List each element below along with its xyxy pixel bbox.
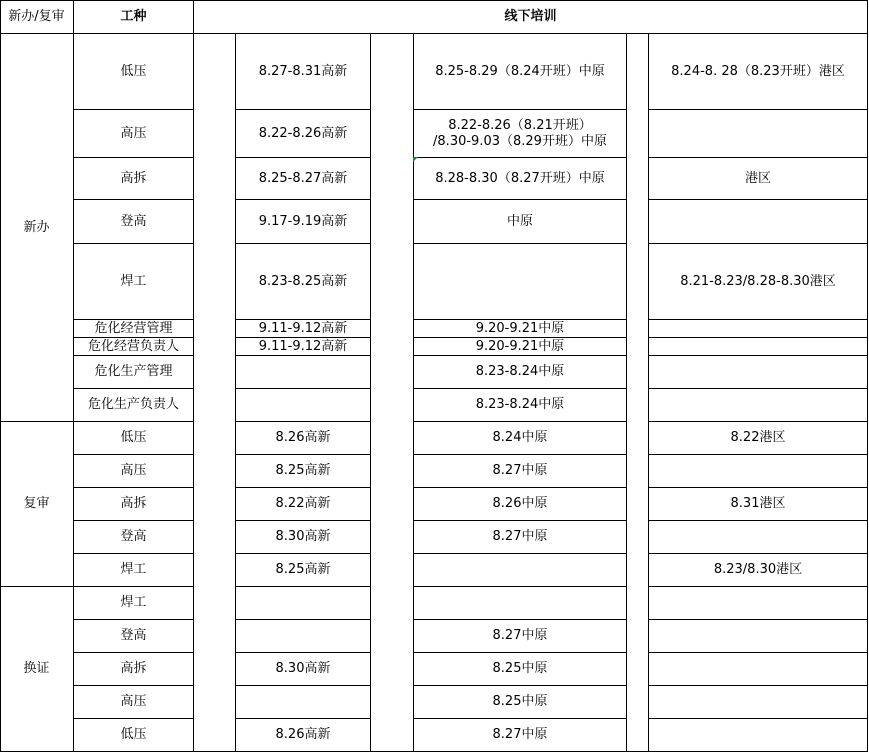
type-cell[interactable]: 低压 (74, 34, 194, 110)
zhongyuan-cell[interactable]: 中原 (414, 200, 627, 244)
gangqu-cell[interactable]: 8.31港区 (649, 488, 868, 521)
header-category[interactable]: 新办/复审 (0, 0, 74, 34)
zhongyuan-cell[interactable]: 8.27中原 (414, 620, 627, 653)
type-cell[interactable]: 登高 (74, 620, 194, 653)
gaoxin-cell[interactable]: 8.25高新 (236, 455, 371, 488)
zhongyuan-cell[interactable] (414, 244, 627, 320)
zhongyuan-cell[interactable]: 9.20-9.21中原 (414, 338, 627, 356)
section-label-renew[interactable]: 换证 (0, 587, 74, 752)
zhongyuan-cell[interactable]: 8.26中原 (414, 488, 627, 521)
gaoxin-cell[interactable]: 8.25高新 (236, 554, 371, 587)
zhongyuan-cell[interactable]: 8.24中原 (414, 422, 627, 455)
gangqu-cell[interactable] (649, 587, 868, 620)
gangqu-cell[interactable] (649, 653, 868, 686)
section-label-review[interactable]: 复审 (0, 422, 74, 587)
type-cell[interactable]: 危化生产负责人 (74, 389, 194, 422)
zhongyuan-cell[interactable]: 8.27中原 (414, 455, 627, 488)
type-cell[interactable]: 高拆 (74, 158, 194, 200)
gangqu-cell[interactable] (649, 200, 868, 244)
zhongyuan-cell[interactable]: 9.20-9.21中原 (414, 320, 627, 338)
type-cell[interactable]: 高拆 (74, 653, 194, 686)
section-label-new[interactable]: 新办 (0, 34, 74, 422)
type-cell[interactable]: 低压 (74, 719, 194, 752)
zhongyuan-cell[interactable] (414, 554, 627, 587)
gangqu-cell[interactable]: 8.21-8.23/8.28-8.30港区 (649, 244, 868, 320)
gaoxin-cell[interactable]: 8.26高新 (236, 422, 371, 455)
type-cell[interactable]: 危化经营管理 (74, 320, 194, 338)
gangqu-cell[interactable] (649, 719, 868, 752)
header-training[interactable]: 线下培训 (194, 0, 868, 34)
spacer-column-1 (194, 34, 236, 752)
gaoxin-cell[interactable]: 8.25-8.27高新 (236, 158, 371, 200)
type-cell[interactable]: 登高 (74, 200, 194, 244)
zhongyuan-cell[interactable]: 8.27中原 (414, 521, 627, 554)
gaoxin-cell[interactable] (236, 587, 371, 620)
type-cell[interactable]: 高拆 (74, 488, 194, 521)
zhongyuan-cell[interactable]: 8.25中原 (414, 653, 627, 686)
gaoxin-cell[interactable]: 8.26高新 (236, 719, 371, 752)
zhongyuan-cell[interactable]: 8.25中原 (414, 686, 627, 719)
training-schedule-sheet: 新办/复审 工种 线下培训 新办 复审 换证 低压 8.27-8.31高新 8.… (0, 0, 869, 752)
spacer-column-2 (371, 34, 414, 752)
gaoxin-cell[interactable] (236, 620, 371, 653)
gaoxin-cell[interactable] (236, 389, 371, 422)
gaoxin-cell[interactable]: 8.23-8.25高新 (236, 244, 371, 320)
zhongyuan-cell[interactable]: 8.25-8.29（8.24开班）中原 (414, 34, 627, 110)
gaoxin-cell[interactable] (236, 686, 371, 719)
gangqu-cell[interactable] (649, 320, 868, 338)
gaoxin-cell[interactable]: 9.11-9.12高新 (236, 320, 371, 338)
gaoxin-cell[interactable]: 9.11-9.12高新 (236, 338, 371, 356)
gangqu-cell[interactable] (649, 356, 868, 389)
type-cell[interactable]: 高压 (74, 455, 194, 488)
zhongyuan-cell[interactable] (414, 587, 627, 620)
gangqu-cell[interactable]: 港区 (649, 158, 868, 200)
spacer-column-3 (627, 34, 649, 752)
zhongyuan-cell[interactable]: 8.28-8.30（8.27开班）中原 (414, 158, 627, 200)
gangqu-cell[interactable] (649, 455, 868, 488)
gangqu-cell[interactable] (649, 620, 868, 653)
type-cell[interactable]: 焊工 (74, 587, 194, 620)
gangqu-cell[interactable] (649, 389, 868, 422)
gaoxin-cell[interactable] (236, 356, 371, 389)
gangqu-cell[interactable] (649, 338, 868, 356)
gangqu-cell[interactable] (649, 686, 868, 719)
gaoxin-cell[interactable]: 8.27-8.31高新 (236, 34, 371, 110)
gaoxin-cell[interactable]: 8.22高新 (236, 488, 371, 521)
zhongyuan-cell[interactable]: 8.27中原 (414, 719, 627, 752)
gaoxin-cell[interactable]: 8.30高新 (236, 521, 371, 554)
gangqu-cell[interactable]: 8.24-8. 28（8.23开班）港区 (649, 34, 868, 110)
gaoxin-cell[interactable]: 9.17-9.19高新 (236, 200, 371, 244)
type-cell[interactable]: 危化生产管理 (74, 356, 194, 389)
gangqu-cell[interactable] (649, 110, 868, 158)
zhongyuan-cell[interactable]: 8.23-8.24中原 (414, 356, 627, 389)
type-cell[interactable]: 焊工 (74, 554, 194, 587)
gangqu-cell[interactable]: 8.22港区 (649, 422, 868, 455)
type-cell[interactable]: 低压 (74, 422, 194, 455)
gangqu-cell[interactable]: 8.23/8.30港区 (649, 554, 868, 587)
type-cell[interactable]: 危化经营负责人 (74, 338, 194, 356)
gaoxin-cell[interactable]: 8.30高新 (236, 653, 371, 686)
type-cell[interactable]: 登高 (74, 521, 194, 554)
zhongyuan-cell[interactable]: 8.22-8.26（8.21开班） /8.30-9.03（8.29开班）中原 (414, 110, 627, 158)
type-cell[interactable]: 高压 (74, 110, 194, 158)
header-type[interactable]: 工种 (74, 0, 194, 34)
type-cell[interactable]: 高压 (74, 686, 194, 719)
type-cell[interactable]: 焊工 (74, 244, 194, 320)
zhongyuan-cell[interactable]: 8.23-8.24中原 (414, 389, 627, 422)
gaoxin-cell[interactable]: 8.22-8.26高新 (236, 110, 371, 158)
gangqu-cell[interactable] (649, 521, 868, 554)
